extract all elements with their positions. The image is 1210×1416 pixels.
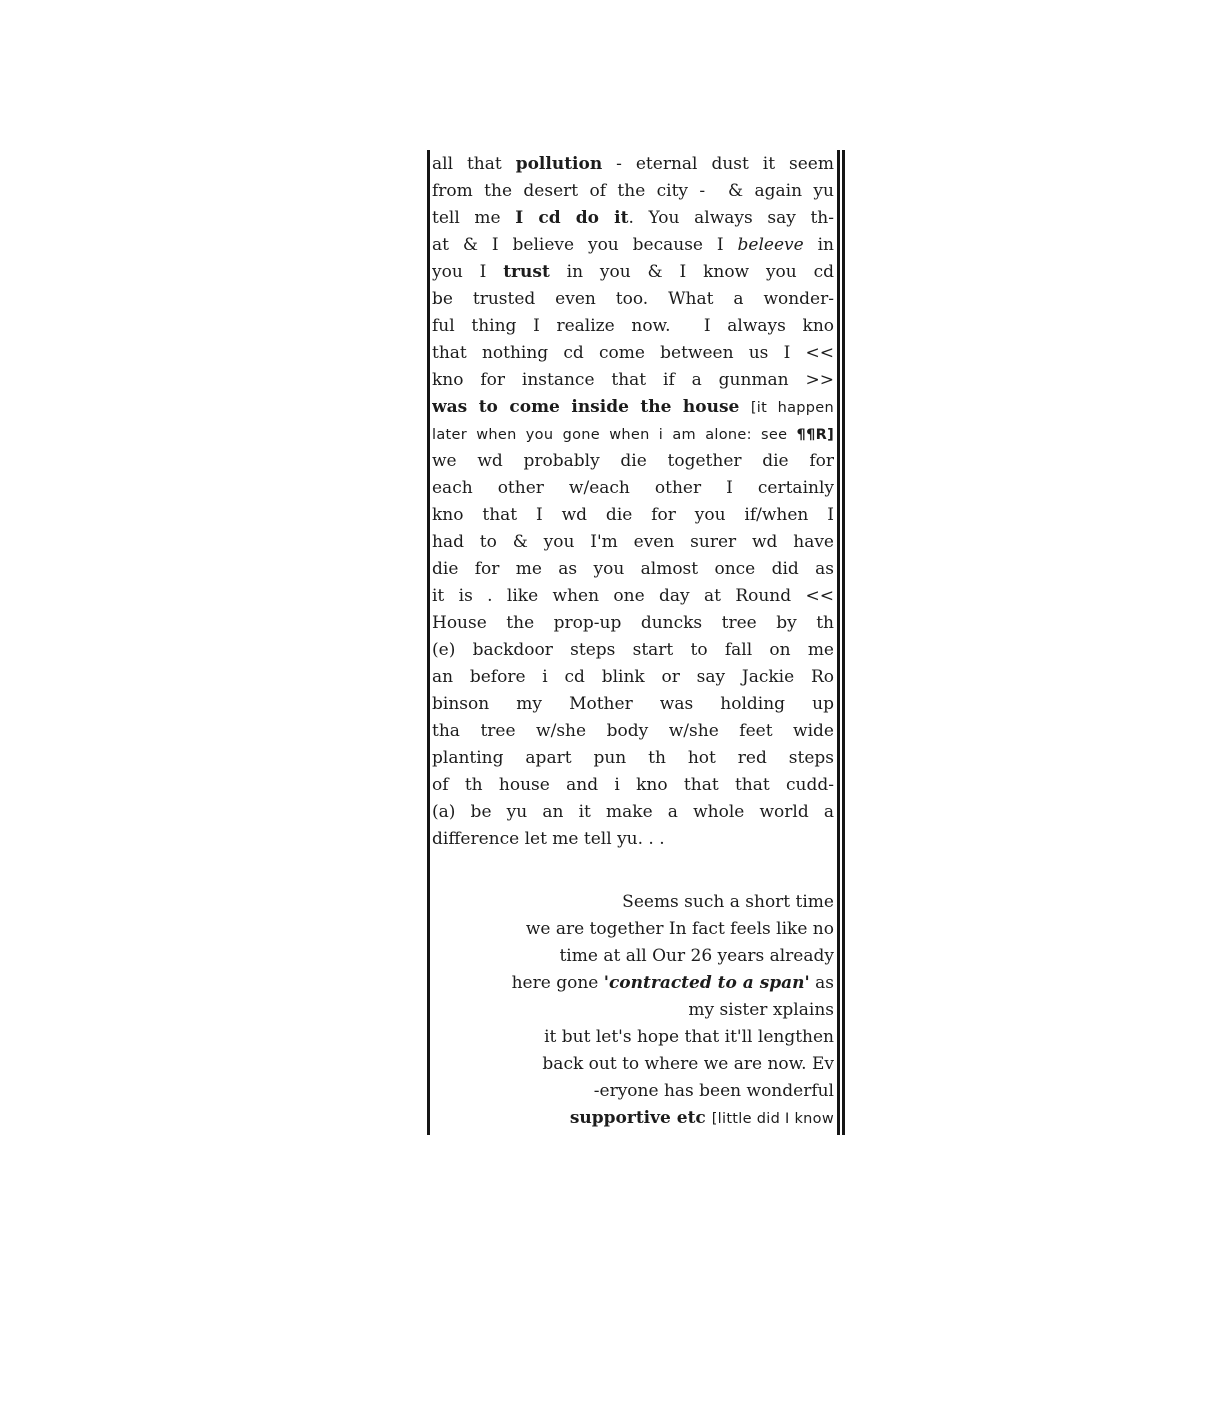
annotation-segment: [it happen [751, 400, 834, 416]
poem-segment: 'contracted to a span' [604, 973, 810, 993]
right-margin-rule-2 [842, 150, 845, 1135]
poem-segment: pollution [516, 154, 603, 174]
poem-line: (e) backdoor steps start to fall on me [432, 637, 834, 664]
poem-segment: in [804, 235, 834, 255]
poem-segment: kno that I wd die for you if/when I [432, 505, 834, 525]
poem-segment: had to & you I'm even surer wd have [432, 532, 834, 552]
poem-segment: here gone [512, 973, 604, 993]
poem-line: it is . like when one day at Round << [432, 583, 834, 610]
poem-line: kno for instance that if a gunman >> [432, 367, 834, 394]
poem-segment: kno for instance that if a gunman >> [432, 370, 834, 390]
poem-line: from the desert of the city - & again yu [432, 178, 834, 205]
poem-line: you I trust in you & I know you cd [432, 259, 834, 286]
right-margin-rule-1 [837, 150, 840, 1135]
annotation-segment: ¶¶R] [797, 427, 834, 443]
poem-segment: we are together In fact feels like no [526, 919, 834, 939]
poem-line: an before i cd blink or say Jackie Ro [432, 664, 834, 691]
poem-segment: we wd probably die together die for [432, 451, 834, 471]
poem-line: binson my Mother was holding up [432, 691, 834, 718]
poem-segment: that nothing cd come between us I << [432, 343, 834, 363]
poem-segment: planting apart pun th hot red steps [432, 748, 834, 768]
poem-segment: binson my Mother was holding up [432, 694, 834, 714]
poem-segment: was to come inside the house [432, 397, 751, 417]
poem-segment: beleeve [738, 235, 804, 255]
poem-line: time at all Our 26 years already [432, 943, 834, 970]
poem-segment: trust [503, 262, 550, 282]
poem-segment: -eryone has been wonderful [594, 1081, 834, 1101]
poem-segment: Seems such a short time [622, 892, 834, 912]
poem-line: tha tree w/she body w/she feet wide [432, 718, 834, 745]
poem-line: supportive etc [little did I know [432, 1105, 834, 1132]
poem-line: all that pollution - eternal dust it see… [432, 151, 834, 178]
poem-segment: each other w/each other I certainly [432, 478, 834, 498]
poem-line: later when you gone when i am alone: see… [432, 421, 834, 448]
poem-segment: from the desert of the city - & again yu [432, 181, 834, 201]
poem-line: ful thing I realize now. I always kno [432, 313, 834, 340]
poem-line: we are together In fact feels like no [432, 916, 834, 943]
poem-segment: it is . like when one day at Round << [432, 586, 834, 606]
poem-line: kno that I wd die for you if/when I [432, 502, 834, 529]
poem-line: (a) be yu an it make a whole world a [432, 799, 834, 826]
poem-segment: ful thing I realize now. I always kno [432, 316, 834, 336]
poem-line: we wd probably die together die for [432, 448, 834, 475]
poem-text-column: all that pollution - eternal dust it see… [432, 151, 834, 1132]
poem-line: had to & you I'm even surer wd have [432, 529, 834, 556]
poem-segment: I cd do it [515, 208, 628, 228]
poem-segment: as [810, 973, 834, 993]
poem-line: House the prop-up duncks tree by th [432, 610, 834, 637]
poem-line: of th house and i kno that that cudd- [432, 772, 834, 799]
poem-line: tell me I cd do it. You always say th- [432, 205, 834, 232]
poem-segment: be trusted even too. What a wonder- [432, 289, 834, 309]
poem-segment: it but let's hope that it'll lengthen [544, 1027, 834, 1047]
poem-segment: all that [432, 154, 516, 174]
poem-segment: tell me [432, 208, 515, 228]
poem-line: difference let me tell yu. . . [432, 826, 834, 853]
poem-segment: difference let me tell yu. . . [432, 829, 665, 849]
poem-segment: my sister xplains [688, 1000, 834, 1020]
poem-segment: . You always say th- [628, 208, 834, 228]
poem-segment: tha tree w/she body w/she feet wide [432, 721, 834, 741]
poem-line: my sister xplains [432, 997, 834, 1024]
poem-segment: die for me as you almost once did as [432, 559, 834, 579]
annotation-segment: later when you gone when i am alone: see [432, 427, 797, 443]
poem-segment: time at all Our 26 years already [559, 946, 834, 966]
poem-line: Seems such a short time [432, 889, 834, 916]
poem-segment: (a) be yu an it make a whole world a [432, 802, 834, 822]
poem-line: each other w/each other I certainly [432, 475, 834, 502]
stanza-1: all that pollution - eternal dust it see… [432, 151, 834, 853]
poem-line: it but let's hope that it'll lengthen [432, 1024, 834, 1051]
poem-line: be trusted even too. What a wonder- [432, 286, 834, 313]
poem-line: that nothing cd come between us I << [432, 340, 834, 367]
poem-line: back out to where we are now. Ev [432, 1051, 834, 1078]
annotation-segment: [little did I know [712, 1111, 834, 1127]
poem-segment: an before i cd blink or say Jackie Ro [432, 667, 834, 687]
poem-line: -eryone has been wonderful [432, 1078, 834, 1105]
poem-segment: you I [432, 262, 503, 282]
poem-line: at & I believe you because I beleeve in [432, 232, 834, 259]
poem-segment: at & I believe you because I [432, 235, 738, 255]
poem-segment: of th house and i kno that that cudd- [432, 775, 834, 795]
poem-segment: in you & I know you cd [550, 262, 834, 282]
poem-segment: back out to where we are now. Ev [542, 1054, 834, 1074]
poem-segment: - eternal dust it seem [602, 154, 834, 174]
poem-line: die for me as you almost once did as [432, 556, 834, 583]
poem-line: was to come inside the house [it happen [432, 394, 834, 421]
poem-line: here gone 'contracted to a span' as [432, 970, 834, 997]
poem-line: planting apart pun th hot red steps [432, 745, 834, 772]
poem-segment: (e) backdoor steps start to fall on me [432, 640, 834, 660]
scanned-page: all that pollution - eternal dust it see… [0, 0, 1210, 1416]
poem-segment: House the prop-up duncks tree by th [432, 613, 834, 633]
poem-segment: supportive etc [570, 1108, 712, 1128]
left-margin-rule [427, 150, 430, 1135]
stanza-2: Seems such a short timewe are together I… [432, 889, 834, 1132]
